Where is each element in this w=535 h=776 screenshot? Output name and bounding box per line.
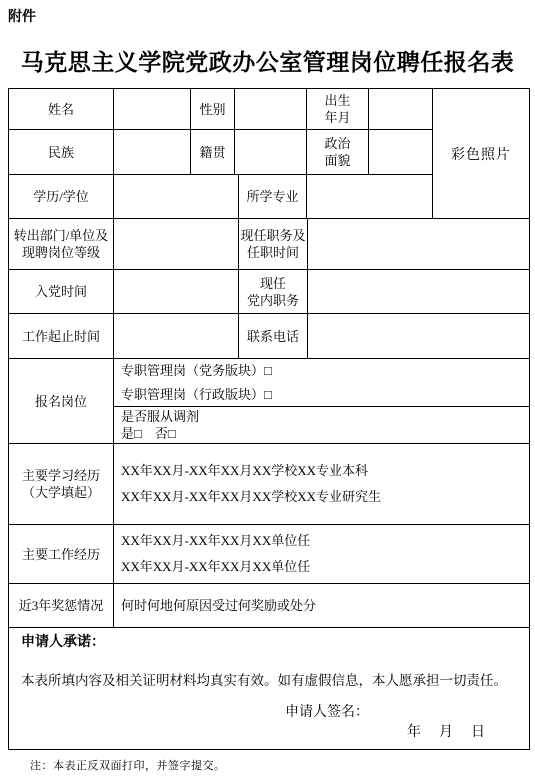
table-row-education: 学历/学位 所学专业 <box>9 175 433 219</box>
political-status-value-cell <box>369 130 433 175</box>
adjustment-question: 是否服从调剂 <box>121 408 199 425</box>
table-row-work-history: 主要工作经历 XX年XX月-XX年XX月XX单位任 XX年XX月-XX年XX月X… <box>9 525 529 584</box>
phone-label: 联系电话 <box>239 314 308 359</box>
study-history-line-1: XX年XX月-XX年XX月XX学校XX专业本科 <box>121 458 368 484</box>
signature-label: 申请人签名： <box>285 704 517 722</box>
political-status-label: 政治 面貌 <box>307 130 369 175</box>
current-position-value-cell <box>308 219 529 270</box>
ethnicity-label: 民族 <box>9 130 114 175</box>
transfer-dept-label: 转出部门/单位及 现聘岗位等级 <box>9 219 114 270</box>
basic-info-grid: 姓名 性别 出生 年月 民族 籍贯 政治 面貌 学历/学位 <box>9 89 433 219</box>
work-history-line-2: XX年XX月-XX年XX月XX单位任 <box>121 554 310 580</box>
ethnicity-value-cell <box>114 130 191 175</box>
table-row-name: 姓名 性别 出生 年月 <box>9 89 433 130</box>
attachment-label: 附件 <box>8 6 36 26</box>
major-label: 所学专业 <box>239 175 307 219</box>
current-position-label: 现任职务及 任职时间 <box>239 219 308 270</box>
rewards-label: 近3年奖惩情况 <box>9 584 114 628</box>
rewards-content: 何时何地何原因受过何奖励或处分 <box>114 584 529 628</box>
work-history-content: XX年XX月-XX年XX月XX单位任 XX年XX月-XX年XX月XX单位任 <box>114 525 529 584</box>
table-row-apply-position: 报名岗位 专职管理岗（党务版块）□ 专职管理岗（行政版块）□ 是否服从调剂 是□… <box>9 359 529 444</box>
basic-info-section: 姓名 性别 出生 年月 民族 籍贯 政治 面貌 学历/学位 <box>9 89 529 219</box>
party-post-value-cell <box>308 270 529 314</box>
birth-date-value-cell <box>369 89 433 130</box>
promise-text: 本表所填内容及相关证明材料均真实有效。如有虚假信息，本人愿承担一切责任。 <box>21 672 517 690</box>
party-join-time-value-cell <box>114 270 239 314</box>
form-title: 马克思主义学院党政办公室管理岗位聘任报名表 <box>0 44 535 77</box>
work-history-line-1: XX年XX月-XX年XX月XX单位任 <box>121 528 310 554</box>
gender-value-cell <box>235 89 307 130</box>
major-value-cell <box>307 175 433 219</box>
application-form-page: 附件 马克思主义学院党政办公室管理岗位聘任报名表 姓名 性别 出生 年月 民族 … <box>0 0 535 776</box>
work-history-label: 主要工作经历 <box>9 525 114 584</box>
adjustment-choices: 是□ 否□ <box>121 425 176 442</box>
gender-label: 性别 <box>191 89 235 130</box>
party-join-time-label: 入党时间 <box>9 270 114 314</box>
study-history-label: 主要学习经历 （大学填起） <box>9 444 114 525</box>
promise-title: 申请人承诺： <box>21 634 517 652</box>
promise-block: 申请人承诺： 本表所填内容及相关证明材料均真实有效。如有虚假信息，本人愿承担一切… <box>9 628 529 749</box>
option-admin: 专职管理岗（行政版块）□ <box>121 383 272 407</box>
study-history-line-2: XX年XX月-XX年XX月XX学校XX专业研究生 <box>121 484 381 510</box>
position-options-cell: 专职管理岗（党务版块）□ 专职管理岗（行政版块）□ <box>114 359 529 407</box>
party-post-label: 现任 党内职务 <box>239 270 308 314</box>
name-value-cell <box>114 89 191 130</box>
work-period-label: 工作起止时间 <box>9 314 114 359</box>
table-row-transfer: 转出部门/单位及 现聘岗位等级 现任职务及 任职时间 <box>9 219 529 270</box>
table-row-rewards: 近3年奖惩情况 何时何地何原因受过何奖励或处分 <box>9 584 529 628</box>
date-label: 年 月 日 <box>21 724 517 742</box>
native-place-value-cell <box>235 130 307 175</box>
apply-position-label: 报名岗位 <box>9 359 114 444</box>
education-label: 学历/学位 <box>9 175 114 219</box>
native-place-label: 籍贯 <box>191 130 235 175</box>
table-row-ethnicity: 民族 籍贯 政治 面貌 <box>9 130 433 175</box>
phone-value-cell <box>308 314 529 359</box>
option-party-affairs: 专职管理岗（党务版块）□ <box>121 359 272 383</box>
adjustment-cell: 是否服从调剂 是□ 否□ <box>114 407 529 444</box>
table-row-party-join: 入党时间 现任 党内职务 <box>9 270 529 314</box>
table-row-work-period: 工作起止时间 联系电话 <box>9 314 529 359</box>
study-history-content: XX年XX月-XX年XX月XX学校XX专业本科 XX年XX月-XX年XX月XX学… <box>114 444 529 525</box>
work-period-value-cell <box>114 314 239 359</box>
apply-position-options-stack: 专职管理岗（党务版块）□ 专职管理岗（行政版块）□ 是否服从调剂 是□ 否□ <box>114 359 529 444</box>
photo-placeholder: 彩色照片 <box>433 89 529 219</box>
registration-table: 姓名 性别 出生 年月 民族 籍贯 政治 面貌 学历/学位 <box>8 88 530 750</box>
name-label: 姓名 <box>9 89 114 130</box>
education-value-cell <box>114 175 239 219</box>
footnote: 注：本表正反双面打印，并签字提交。 <box>30 757 226 773</box>
table-row-study-history: 主要学习经历 （大学填起） XX年XX月-XX年XX月XX学校XX专业本科 XX… <box>9 444 529 525</box>
transfer-dept-value-cell <box>114 219 239 270</box>
birth-date-label: 出生 年月 <box>307 89 369 130</box>
